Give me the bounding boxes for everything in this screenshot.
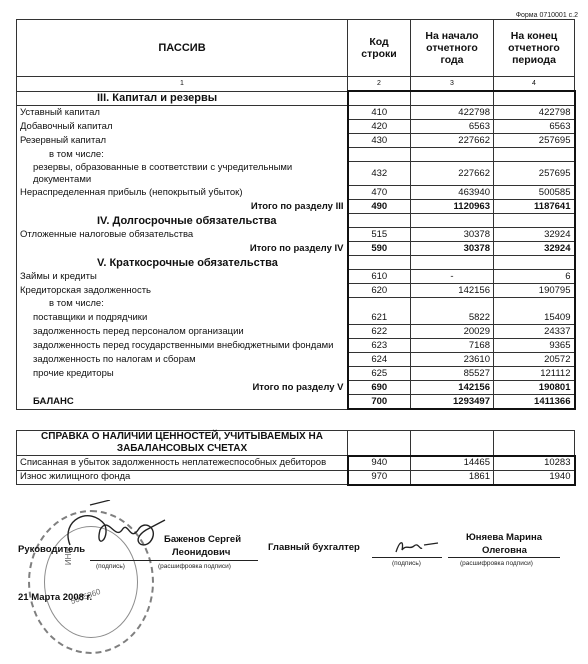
row-end-value: 1187641: [494, 200, 575, 214]
reference-header-row: СПРАВКА О НАЛИЧИИ ЦЕННОСТЕЙ, УЧИТЫВАЕМЫХ…: [17, 431, 575, 456]
accountant-decoding-line: [448, 557, 560, 558]
row-end-value: 15409: [494, 311, 575, 325]
total-row-section-5: Итого по разделу V 690 142156 190801: [17, 381, 575, 395]
table-row: в том числе:: [17, 148, 575, 162]
row-label: Отложенные налоговые обязательства: [17, 228, 348, 242]
row-code: 690: [348, 381, 411, 395]
table-row: Списанная в убыток задолженность неплате…: [17, 456, 575, 471]
section-5-title: V. Краткосрочные обязательства: [17, 256, 348, 270]
table-row: прочие кредиторы 625 85527 121112: [17, 367, 575, 381]
row-label: Займы и кредиты: [17, 270, 348, 284]
row-label: прочие кредиторы: [17, 367, 348, 381]
accountant-name-line2: Олеговна: [482, 545, 527, 556]
row-end-value: 6563: [494, 120, 575, 134]
header-start: На начало отчетного года: [411, 20, 494, 77]
row-start-value: 1861: [411, 470, 494, 485]
header-liabilities: ПАССИВ: [17, 20, 348, 77]
row-code: 490: [348, 200, 411, 214]
column-numbers-row: 1 2 3 4: [17, 77, 575, 92]
head-signature-line: [90, 560, 258, 561]
reference-title: СПРАВКА О НАЛИЧИИ ЦЕННОСТЕЙ, УЧИТЫВАЕМЫХ…: [17, 431, 348, 456]
row-label: Износ жилищного фонда: [17, 470, 348, 485]
row-end-value: 190795: [494, 284, 575, 298]
section-4-title: IV. Долгосрочные обязательства: [17, 214, 348, 228]
row-label: БАЛАНС: [17, 395, 348, 410]
row-code: 470: [348, 186, 411, 200]
liabilities-table: ПАССИВ Код строки На начало отчетного го…: [16, 19, 576, 410]
table-row: задолженность перед персоналом организац…: [17, 325, 575, 339]
row-end-value: 6: [494, 270, 575, 284]
row-start-value: 142156: [411, 381, 494, 395]
row-end-value: 422798: [494, 106, 575, 120]
row-start-value: 463940: [411, 186, 494, 200]
row-label: поставщики и подрядчики: [17, 311, 348, 325]
row-code: 430: [348, 134, 411, 148]
row-start-value: 30378: [411, 242, 494, 256]
accountant-signature-scribble: [392, 536, 442, 556]
table-row: резервы, образованные в соответствии с у…: [17, 162, 575, 186]
row-code: 610: [348, 270, 411, 284]
accountant-name-line1: Юняева Марина: [466, 532, 542, 543]
row-end-value: 24337: [494, 325, 575, 339]
row-code: 622: [348, 325, 411, 339]
row-end-value: 121112: [494, 367, 575, 381]
row-label: в том числе:: [17, 298, 348, 312]
row-end-value: 9365: [494, 339, 575, 353]
table-row: Займы и кредиты 610 - 6: [17, 270, 575, 284]
table-row: Добавочный капитал 420 6563 6563: [17, 120, 575, 134]
row-label: Нераспределенная прибыль (непокрытый убы…: [17, 186, 348, 200]
total-row-section-3: Итого по разделу III 490 1120963 1187641: [17, 200, 575, 214]
row-start-value: 227662: [411, 162, 494, 186]
row-end-value: 20572: [494, 353, 575, 367]
row-code: 625: [348, 367, 411, 381]
row-end-value: 32924: [494, 242, 575, 256]
accountant-signature-line: [372, 557, 442, 558]
row-end-value: 10283: [494, 456, 575, 471]
head-signature-caption: (подпись): [96, 563, 125, 570]
row-code: 420: [348, 120, 411, 134]
accountant-signature-caption: (подпись): [392, 560, 421, 567]
head-decoding-caption: (расшифровка подписи): [158, 563, 231, 570]
total-row-section-4: Итого по разделу IV 590 30378 32924: [17, 242, 575, 256]
col-number-3: 3: [411, 77, 494, 92]
row-start-value: 227662: [411, 134, 494, 148]
row-label: Кредиторская задолженность: [17, 284, 348, 298]
col-number-4: 4: [494, 77, 575, 92]
balance-row: БАЛАНС 700 1293497 1411366: [17, 395, 575, 410]
table-row: Отложенные налоговые обязательства 515 3…: [17, 228, 575, 242]
row-end-value: 1411366: [494, 395, 575, 410]
row-start-value: 142156: [411, 284, 494, 298]
row-label: в том числе:: [17, 148, 348, 162]
row-end-value: 32924: [494, 228, 575, 242]
head-name-line1: Баженов Сергей: [164, 534, 241, 545]
row-label: Итого по разделу III: [17, 200, 348, 214]
row-code: 940: [348, 456, 411, 471]
col-number-1: 1: [17, 77, 348, 92]
table-row: поставщики и подрядчики 621 5822 15409: [17, 311, 575, 325]
row-label: Резервный капитал: [17, 134, 348, 148]
row-start-value: 85527: [411, 367, 494, 381]
row-start-value: 20029: [411, 325, 494, 339]
row-label: Добавочный капитал: [17, 120, 348, 134]
row-code: 620: [348, 284, 411, 298]
table-row: Кредиторская задолженность 620 142156 19…: [17, 284, 575, 298]
row-label: Итого по разделу V: [17, 381, 348, 395]
row-label: задолженность по налогам и сборам: [17, 353, 348, 367]
row-end-value: 257695: [494, 162, 575, 186]
row-label: задолженность перед персоналом организац…: [17, 325, 348, 339]
row-start-value: 1120963: [411, 200, 494, 214]
row-start-value: 6563: [411, 120, 494, 134]
row-end-value: 500585: [494, 186, 575, 200]
row-code: 590: [348, 242, 411, 256]
row-start-value: -: [411, 270, 494, 284]
header-code: Код строки: [348, 20, 411, 77]
row-code: 624: [348, 353, 411, 367]
row-end-value: 1940: [494, 470, 575, 485]
col-number-2: 2: [348, 77, 411, 92]
section-5-row: V. Краткосрочные обязательства: [17, 256, 575, 270]
row-code: 623: [348, 339, 411, 353]
section-3-title: III. Капитал и резервы: [17, 91, 348, 106]
table-row: задолженность перед государственными вне…: [17, 339, 575, 353]
row-label: резервы, образованные в соответствии с у…: [17, 162, 348, 186]
row-code: 970: [348, 470, 411, 485]
head-label: Руководитель: [18, 544, 85, 555]
header-end: На конец отчетного периода: [494, 20, 575, 77]
table-row: Уставный капитал 410 422798 422798: [17, 106, 575, 120]
table-row: Износ жилищного фонда 970 1861 1940: [17, 470, 575, 485]
row-label: задолженность перед государственными вне…: [17, 339, 348, 353]
table-row: задолженность по налогам и сборам 624 23…: [17, 353, 575, 367]
row-start-value: 7168: [411, 339, 494, 353]
row-code: 700: [348, 395, 411, 410]
row-code: 432: [348, 162, 411, 186]
header-row: ПАССИВ Код строки На начало отчетного го…: [17, 20, 575, 77]
section-4-row: IV. Долгосрочные обязательства: [17, 214, 575, 228]
row-label: Уставный капитал: [17, 106, 348, 120]
form-code: Форма 0710001 с.2: [516, 12, 578, 19]
row-end-value: 190801: [494, 381, 575, 395]
row-start-value: 422798: [411, 106, 494, 120]
table-row: Нераспределенная прибыль (непокрытый убы…: [17, 186, 575, 200]
row-start-value: 1293497: [411, 395, 494, 410]
off-balance-reference-table: СПРАВКА О НАЛИЧИИ ЦЕННОСТЕЙ, УЧИТЫВАЕМЫХ…: [16, 430, 576, 486]
table-row: Резервный капитал 430 227662 257695: [17, 134, 575, 148]
row-code: 621: [348, 311, 411, 325]
row-label: Списанная в убыток задолженность неплате…: [17, 456, 348, 471]
row-label: Итого по разделу IV: [17, 242, 348, 256]
accountant-decoding-caption: (расшифровка подписи): [460, 560, 533, 567]
row-start-value: 5822: [411, 311, 494, 325]
row-code: 410: [348, 106, 411, 120]
row-code: 515: [348, 228, 411, 242]
section-3-row: III. Капитал и резервы: [17, 91, 575, 106]
row-start-value: 30378: [411, 228, 494, 242]
chief-accountant-label: Главный бухгалтер: [268, 542, 360, 553]
report-date: 21 Марта 2008 г.: [18, 592, 92, 603]
table-row: в том числе:: [17, 298, 575, 312]
row-start-value: 23610: [411, 353, 494, 367]
row-end-value: 257695: [494, 134, 575, 148]
head-name-line2: Леонидович: [172, 547, 230, 558]
row-start-value: 14465: [411, 456, 494, 471]
